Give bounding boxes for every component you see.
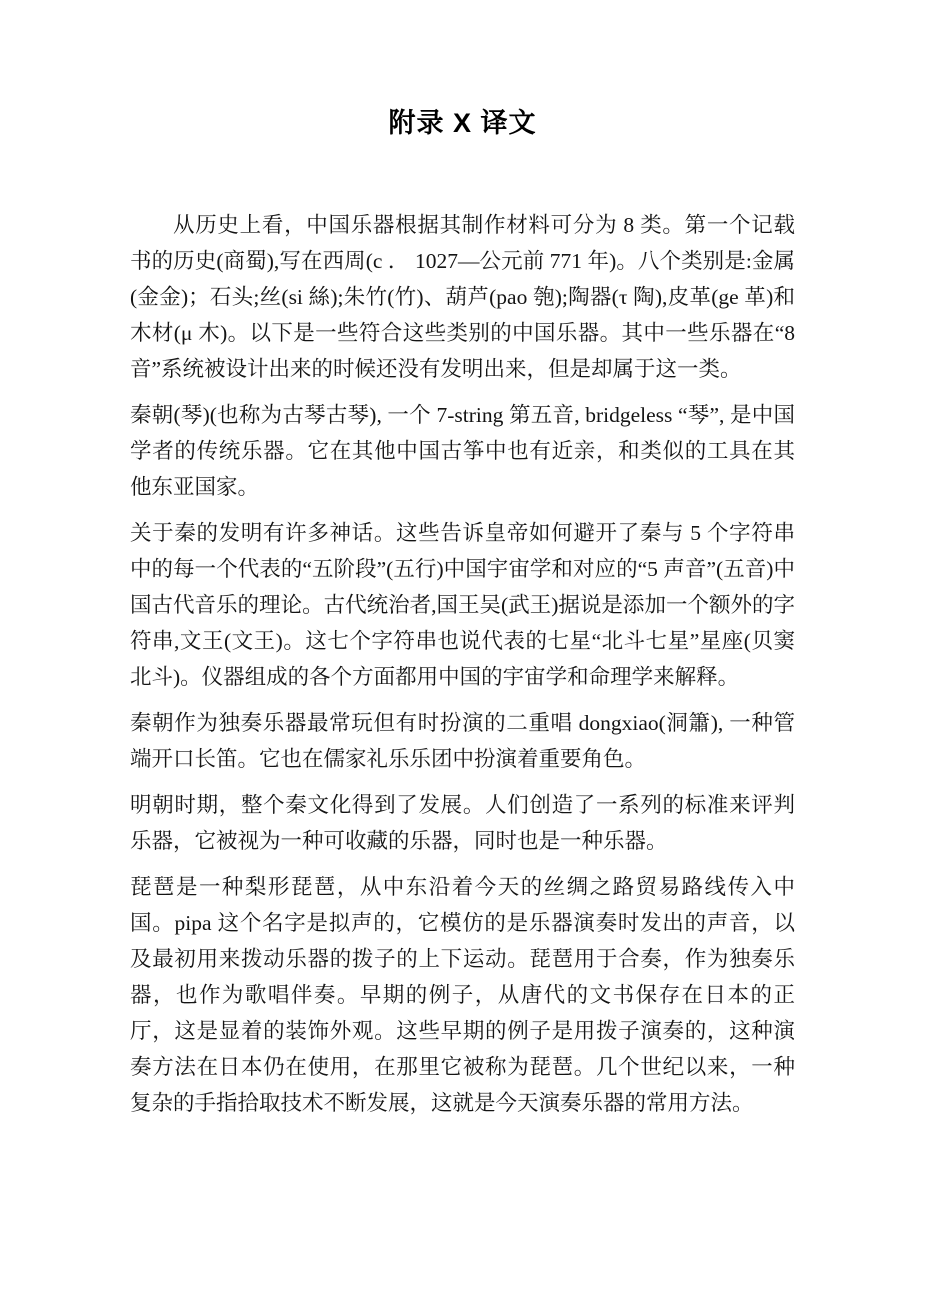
paragraph: 关于秦的发明有许多神话。这些告诉皇帝如何避开了秦与 5 个字符串中的每一个代表的… [130,515,795,695]
page-title: 附录 X 译文 [130,103,795,143]
document-page: 附录 X 译文 从历史上看，中国乐器根据其制作材料可分为 8 类。第一个记载书的… [0,0,925,1309]
paragraph: 琵琶是一种梨形琵琶，从中东沿着今天的丝绸之路贸易路线传入中国。pipa 这个名字… [130,869,795,1121]
paragraph: 秦朝(琴)(也称为古琴古琴), 一个 7-string 第五音, bridgel… [130,397,795,505]
paragraph: 从历史上看，中国乐器根据其制作材料可分为 8 类。第一个记载书的历史(商蜀),写… [130,207,795,387]
paragraph: 明朝时期，整个秦文化得到了发展。人们创造了一系列的标准来评判乐器，它被视为一种可… [130,787,795,859]
paragraph: 秦朝作为独奏乐器最常玩但有时扮演的二重唱 dongxiao(洞簫), 一种管端开… [130,705,795,777]
